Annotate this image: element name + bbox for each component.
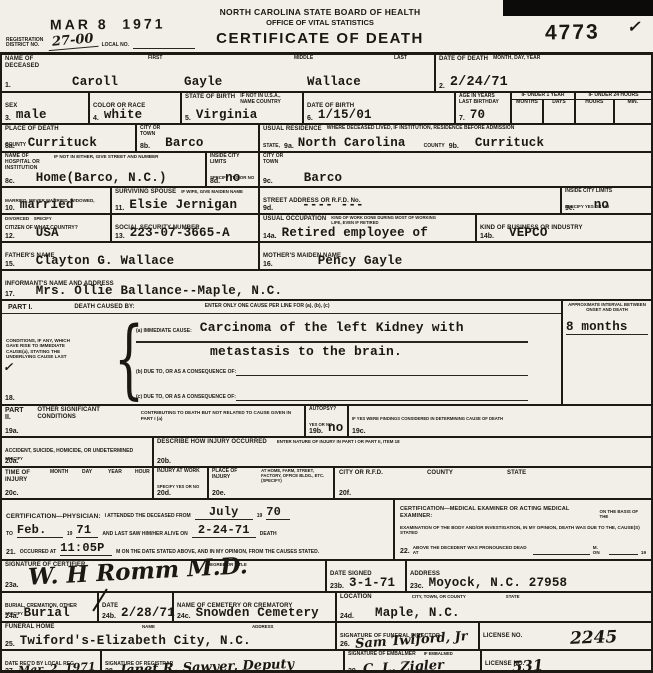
item-number: 23a. [5, 582, 19, 589]
item-number: 20b. [157, 458, 171, 465]
day-label: DAY [82, 470, 92, 476]
item-number: 17. [5, 291, 15, 298]
state-label: STATE [507, 470, 526, 477]
county-label: COUNTY [427, 470, 453, 477]
examiner-line-2: EXAMINATION OF THE BODY AND/OR INVESTIGA… [400, 525, 646, 536]
item-number: 9a. [284, 143, 294, 150]
due-to-b-label: (b) DUE TO, OR AS A CONSEQUENCE OF: [136, 370, 236, 376]
item-number: 2. [439, 83, 445, 90]
part1-label: PART I. [8, 304, 32, 311]
pronounced-text: ABOVE THE DECEDENT WAS PRONOUNCED DEAD A… [413, 545, 531, 556]
occurred-at-text: OCCURRED AT [20, 550, 56, 556]
field-place-of-death-county: PLACE OF DEATH COUNTY 8a.Currituck [2, 125, 137, 151]
to-text: TO [6, 532, 13, 538]
examiner-line-1: CERTIFICATION—MEDICAL EXAMINER OR ACTING… [400, 503, 646, 519]
printed-19: 19 [641, 550, 646, 555]
last-name-value: Wallace [307, 75, 361, 89]
ssn-value: 223-07-3665-A [130, 226, 230, 240]
row-marital: MARRIED, NEVER MARRIED, WIDOWED, DIVORCE… [2, 188, 651, 215]
field-embalmer-signature: SIGNATURE OF EMBALMER IF EMBALMED 29.C. … [345, 651, 482, 673]
occupation-value: Retired employee of [282, 226, 428, 240]
item-number: 27. [5, 668, 15, 673]
field-usual-occupation: USUAL OCCUPATION KIND OF WORK DONE DURIN… [260, 215, 477, 241]
row-burial: BURIAL, CREMATION, OTHER SPECIFY 24a.Bur… [2, 593, 651, 623]
field-color-or-race: COLOR OR RACE 4.white [90, 93, 182, 123]
blank-line [609, 549, 638, 555]
part2-section: PART II. OTHER SIGNIFICANT CONDITIONS CO… [2, 406, 306, 436]
item-number: 15. [5, 261, 15, 268]
last-saw-text: AND LAST SAW HIM/HER ALIVE ON [102, 532, 187, 538]
field-usual-residence: USUAL RESIDENCE WHERE DECEASED LIVED, IF… [260, 125, 651, 151]
hospital-label: NAME OF HOSPITAL OR INSTITUTION [5, 154, 49, 171]
certificate-number: 4773 [545, 21, 600, 46]
date-of-death-label: DATE OF DEATH [439, 56, 488, 63]
middle-name-label: MIDDLE [294, 56, 313, 62]
field-describe-injury: DESCRIBE HOW INJURY OCCURRED ENTER NATUR… [154, 438, 651, 466]
cause-line-a: (a) IMMEDIATE CAUSE: Carcinoma of the le… [136, 320, 464, 335]
field-citizen-country: CITIZEN OF WHAT COUNTRY? 12.USA [2, 215, 112, 241]
date-of-death-value: 2/24/71 [450, 75, 508, 90]
findings-label: IF YES WERE FINDINGS CONSIDERED IN DETER… [352, 416, 503, 421]
part1-body: CONDITIONS, IF ANY, WHICH GAVE RISE TO I… [2, 314, 561, 404]
location-label: LOCATION [340, 594, 372, 601]
field-accident-suicide-homicide: ACCIDENT, SUICIDE, HOMICIDE, OR UNDETERM… [2, 438, 154, 466]
due-to-c-label: (c) DUE TO, OR AS A CONSEQUENCE OF: [136, 395, 236, 401]
field-residence-city: CITY OR TOWN 9c.Barco [260, 153, 651, 186]
field-inside-city-limits-9e: INSIDE CITY LIMITS SPECIFY YES OR NO 9e.… [562, 188, 651, 213]
occupation-sublabel: KIND OF WORK DONE DURING MOST OF WORKING… [331, 216, 441, 226]
field-time-of-injury: TIME OF INJURY MONTH DAY YEAR HOUR 20c. [2, 468, 154, 498]
state-of-birth-sublabel: IF NOT IN U.S.A., NAME COUNTRY [240, 94, 292, 106]
conditions-label: CONDITIONS, IF ANY, WHICH GAVE RISE TO I… [6, 338, 72, 359]
state-of-birth-value: Virginia [196, 108, 258, 122]
cause-line-b: (b) DUE TO, OR AS A CONSEQUENCE OF: [136, 369, 528, 376]
field-certifier-address: ADDRESS 23c.Moyock, N.C. 27958 [407, 561, 651, 591]
row-informant: INFORMANT'S NAME AND ADDRESS 17.Mrs. Oll… [2, 271, 651, 301]
embalmer-sublabel: IF EMBALMED [424, 652, 453, 657]
field-cemetery: NAME OF CEMETERY OR CREMATORY 24c.Snowde… [174, 593, 337, 621]
row-part2: PART II. OTHER SIGNIFICANT CONDITIONS CO… [2, 406, 651, 438]
item-number: 26. [340, 641, 350, 648]
item-number: 22. [400, 548, 410, 555]
part1-interval-column: APPROXIMATE INTERVAL BETWEEN ONSET AND D… [563, 301, 651, 404]
cause-line-c: (c) DUE TO, OR AS A CONSEQUENCE OF: [136, 394, 528, 401]
field-marital-status: MARRIED, NEVER MARRIED, WIDOWED, DIVORCE… [2, 188, 112, 213]
form-header: NORTH CAROLINA STATE BOARD OF HEALTH OFF… [165, 7, 475, 47]
examiner-basis-text: ON THE BASIS OF THE [600, 509, 646, 519]
describe-injury-sublabel: ENTER NATURE OF INJURY IN PART I OR PART… [277, 439, 400, 444]
item-number: 24b. [102, 613, 116, 620]
field-certification-physician: CERTIFICATION—PHYSICIAN: I ATTENDED THE … [2, 500, 395, 559]
attended-from-month: July [195, 505, 253, 520]
item-number: 8b. [140, 143, 150, 150]
field-kind-of-business: KIND OF BUSINESS OR INDUSTRY 14b.VEPCO [477, 215, 651, 241]
item-number: 29. [348, 668, 358, 673]
date-received-value: Mar. 2, 1971 [17, 660, 95, 673]
item-number: 14b. [480, 233, 494, 240]
months-label: MONTHS [512, 100, 542, 123]
first-name-label: FIRST [148, 56, 162, 62]
physician-line-1: CERTIFICATION—PHYSICIAN: I ATTENDED THE … [6, 503, 389, 520]
location-sublabel: CITY, TOWN, OR COUNTY [412, 594, 466, 599]
item-number: 4. [93, 115, 99, 122]
item-number: 21. [6, 549, 16, 556]
informant-value: Mrs. Ollie Ballance--Maple, N.C. [36, 284, 282, 298]
field-date-of-death: DATE OF DEATH MONTH, DAY, YEAR 2. 2/24/7… [436, 55, 651, 91]
marital-value: married [20, 198, 74, 212]
other-conditions-label: OTHER SIGNIFICANT CONDITIONS [37, 407, 132, 421]
field-cemetery-location: LOCATION CITY, TOWN, OR COUNTY STATE 24d… [337, 593, 651, 621]
org-office: OFFICE OF VITAL STATISTICS [165, 18, 475, 27]
certifier-address-value: Moyock, N.C. 27958 [429, 576, 568, 590]
field-place-of-death-city: CITY OR TOWN 8b.Barco [137, 125, 260, 151]
fathers-name-value: Clayton G. Wallace [36, 254, 175, 268]
inside-city-limits-value: no [594, 198, 609, 212]
field-inside-city-limits-8d: INSIDE CITY LIMITS SPECIFY YES OR NO 8d.… [207, 153, 260, 186]
name-of-deceased-label: NAME OF DECEASED [5, 56, 47, 70]
middle-name-value: Gayle [184, 75, 223, 89]
item-number: 6. [307, 115, 313, 122]
place-city-value: Barco [165, 136, 204, 150]
year-label: YEAR [108, 470, 122, 476]
attended-to-month: Feb. [17, 523, 63, 538]
form-grid: NAME OF DECEASED FIRST MIDDLE LAST 1. Ca… [0, 52, 653, 673]
certification-physician-label: CERTIFICATION—PHYSICIAN: [6, 513, 101, 520]
embalmer-label: SIGNATURE OF EMBALMER [348, 652, 416, 658]
immediate-cause-value-line2: metastasis to the brain. [210, 344, 402, 359]
field-mothers-maiden-name: MOTHER'S MAIDEN NAME 16.Pency Gayle [260, 243, 651, 269]
page-title: CERTIFICATE OF DEATH [165, 30, 475, 47]
rule-line [236, 394, 528, 401]
cemetery-value: Snowden Cemetery [196, 606, 319, 620]
citizen-value: USA [36, 226, 59, 240]
last-name-label: LAST [394, 56, 407, 62]
days-label: DAYS [542, 100, 574, 123]
place-of-death-label: PLACE OF DEATH [5, 126, 132, 133]
m-on-text: M. ON [593, 545, 606, 556]
item-number: 11. [115, 205, 124, 212]
item-number: 8c. [5, 178, 15, 185]
state-label: STATE, [263, 144, 280, 150]
registration-district-value: 27-00 [47, 31, 98, 51]
row-time-of-injury: TIME OF INJURY MONTH DAY YEAR HOUR 20c. … [2, 468, 651, 500]
received-date-stamp: MAR 8 1971 [50, 15, 166, 32]
item-number: 23c. [410, 583, 424, 590]
scan-corner-black-bar [503, 0, 653, 16]
injury-at-work-sublabel: SPECIFY YES OR NO [157, 484, 199, 489]
row-hospital: NAME OF HOSPITAL OR INSTITUTION IF NOT I… [2, 153, 651, 188]
time-of-injury-label: TIME OF INJURY [5, 470, 35, 484]
field-certification-medical-examiner: CERTIFICATION—MEDICAL EXAMINER OR ACTING… [395, 500, 651, 559]
place-of-injury-label: PLACE OF INJURY [212, 469, 256, 481]
part2-label: PART II. [5, 407, 29, 421]
item-number: 20c. [5, 490, 19, 497]
embalmer-signature: C. L. Zigler [362, 658, 444, 673]
field-if-under-24-hours: IF UNDER 24 HOURS HOURS MIN. [576, 93, 651, 123]
place-county-value: Currituck [28, 136, 97, 150]
place-of-injury-sublabel: AT HOME, FARM, STREET, FACTORY, OFFICE B… [261, 469, 330, 483]
field-name-of-deceased: NAME OF DECEASED FIRST MIDDLE LAST 1. Ca… [2, 55, 436, 91]
local-no-blank [133, 41, 195, 49]
blank-line [533, 549, 589, 555]
item-number: 10. [5, 205, 15, 212]
item-number: 24a. [5, 613, 19, 620]
date-of-death-sublabel: MONTH, DAY, YEAR [493, 56, 540, 62]
row-registrar: DATE REC'D BY LOCAL REG. 27.Mar. 2, 1971… [2, 651, 651, 673]
item-number: 19a. [5, 428, 19, 435]
item-number: 13. [115, 233, 125, 240]
residence-county-value: Currituck [475, 136, 544, 150]
rule-line [236, 369, 528, 376]
field-injury-at-work: INJURY AT WORK SPECIFY YES OR NO 20d. [154, 468, 209, 498]
location-state-sublabel: STATE [506, 594, 520, 599]
item-number: 8a. [5, 143, 15, 150]
autopsy-value: no [328, 421, 343, 435]
death-time-value: 11:05P [60, 541, 112, 556]
funeral-director-signature: Sam Twiford, Jr [354, 629, 468, 652]
field-informant: INFORMANT'S NAME AND ADDRESS 17.Mrs. Oll… [2, 271, 651, 299]
date-of-birth-value: 1/15/01 [318, 108, 372, 122]
field-if-under-1-year: IF UNDER 1 YEAR MONTHS DAYS [512, 93, 576, 123]
row-accident: ACCIDENT, SUICIDE, HOMICIDE, OR UNDETERM… [2, 438, 651, 468]
surviving-spouse-value: Elsie Jernigan [129, 198, 237, 212]
field-hospital-or-institution: NAME OF HOSPITAL OR INSTITUTION IF NOT I… [2, 153, 207, 186]
row-part1: PART I. DEATH CAUSED BY: ENTER ONLY ONE … [2, 301, 651, 406]
hour-label: HOUR [135, 470, 150, 476]
row-name: NAME OF DECEASED FIRST MIDDLE LAST 1. Ca… [2, 55, 651, 93]
death-text: DEATH [260, 532, 277, 538]
license-no-label: LICENSE NO. [483, 633, 522, 639]
other-conditions-sublabel: CONTRIBUTING TO DEATH BUT NOT RELATED TO… [141, 410, 301, 421]
sex-value: male [16, 108, 47, 122]
item-number: 16. [263, 261, 273, 268]
street-address-value: ---- --- [302, 198, 364, 212]
certification-medical-examiner-label: CERTIFICATION—MEDICAL EXAMINER OR ACTING… [400, 506, 595, 519]
burial-type-value: Burial [24, 606, 70, 620]
immediate-cause-value: Carcinoma of the left Kidney with [200, 320, 464, 335]
race-value: white [104, 108, 143, 122]
item-number: 1. [5, 82, 11, 89]
surviving-spouse-label: SURVIVING SPOUSE [115, 189, 176, 196]
item-number: 20f. [339, 490, 351, 497]
injury-at-work-label: INJURY AT WORK [157, 469, 204, 475]
field-injury-location: CITY OR R.F.D. COUNTY STATE 20f. [335, 468, 651, 498]
item-number: 20d. [157, 490, 171, 497]
month-label: MONTH [50, 470, 68, 476]
row-vitals: SEX 3.male COLOR OR RACE 4.white STATE O… [2, 93, 651, 125]
funeral-home-address-sublabel: ADDRESS [252, 624, 273, 629]
item-number: 9b. [449, 143, 459, 150]
local-no-label: LOCAL NO. [102, 43, 129, 49]
field-date-signed: DATE SIGNED 23b.3-1-71 [327, 561, 407, 591]
rule-line [136, 341, 528, 343]
age-label: AGE IN YEARS LAST BIRTHDAY [459, 94, 507, 106]
item-number: 3. [5, 115, 11, 122]
item-number: 9e. [565, 205, 575, 212]
row-parents: FATHER'S NAME 15.Clayton G. Wallace MOTH… [2, 243, 651, 271]
item-number: 23b. [330, 583, 344, 590]
business-value: VEPCO [509, 226, 548, 240]
immediate-cause-label: (a) IMMEDIATE CAUSE: [136, 329, 192, 335]
inside-city-limits-value: no [225, 171, 240, 185]
item-number: 9d. [263, 205, 273, 212]
surviving-spouse-sublabel: IF WIFE, GIVE MAIDEN NAME [181, 189, 243, 194]
registrar-signature: Janet R. Sawyer, Deputy [120, 657, 295, 673]
interval-label: APPROXIMATE INTERVAL BETWEEN ONSET AND D… [566, 302, 648, 312]
field-registrar-signature: SIGNATURE OF REGISTRAR 28.Janet R. Sawye… [102, 651, 345, 673]
row-place-of-death: PLACE OF DEATH COUNTY 8a.Currituck CITY … [2, 125, 651, 153]
field-age: AGE IN YEARS LAST BIRTHDAY 7.70 [456, 93, 512, 123]
item-number: 20a. [5, 458, 19, 465]
part1-section: PART I. DEATH CAUSED BY: ENTER ONLY ONE … [2, 301, 563, 404]
funeral-home-name-sublabel: NAME [142, 624, 155, 629]
field-fathers-name: FATHER'S NAME 15.Clayton G. Wallace [2, 243, 260, 269]
printed-19: 19 [257, 514, 263, 520]
field-funeral-director-signature: SIGNATURE OF FUNERAL DIRECTOR 26.Sam Twi… [337, 623, 480, 649]
row-signature: SIGNATURE OF CERTIFIER DEGREE OR TITLE 2… [2, 561, 651, 593]
city-or-town-label: CITY OR TOWN [263, 154, 289, 166]
residence-state-value: North Carolina [298, 136, 406, 150]
field-burial-type: BURIAL, CREMATION, OTHER SPECIFY 24a.Bur… [2, 593, 99, 621]
inside-city-limits-label: INSIDE CITY LIMITS [210, 154, 255, 166]
field-burial-date: DATE 24b.2/28/71 [99, 593, 174, 621]
minutes-label: MIN. [613, 100, 652, 123]
attended-text: I ATTENDED THE DECEASED FROM [105, 514, 191, 520]
field-autopsy-findings: IF YES WERE FINDINGS CONSIDERED IN DETER… [349, 406, 651, 436]
part1-header: PART I. DEATH CAUSED BY: ENTER ONLY ONE … [2, 301, 561, 314]
item-number: 9c. [263, 178, 273, 185]
physician-line-3: 21. OCCURRED AT 11:05P M ON THE DATE STA… [6, 538, 389, 556]
embalmer-license-value: 531 [511, 656, 543, 673]
field-embalmer-license: LICENSE NO. 531 [482, 651, 651, 673]
occupation-label: USUAL OCCUPATION [263, 216, 326, 223]
accident-sublabel: SPECIFY [5, 457, 149, 462]
date-signed-value: 3-1-71 [349, 576, 395, 590]
funeral-home-label: FUNERAL HOME [5, 624, 54, 631]
field-date-received: DATE REC'D BY LOCAL REG. 27.Mar. 2, 1971 [2, 651, 102, 673]
field-state-of-birth: STATE OF BIRTH IF NOT IN U.S.A., NAME CO… [182, 93, 304, 123]
row-citizen: CITIZEN OF WHAT COUNTRY? 12.USA SOCIAL S… [2, 215, 651, 243]
row-certification: CERTIFICATION—PHYSICIAN: I ATTENDED THE … [2, 500, 651, 561]
accident-label: ACCIDENT, SUICIDE, HOMICIDE, OR UNDETERM… [5, 448, 133, 454]
hospital-sublabel: IF NOT IN EITHER, GIVE STREET AND NUMBER [54, 154, 204, 159]
item-number: 5. [185, 115, 191, 122]
state-of-birth-label: STATE OF BIRTH [185, 94, 235, 101]
item-number: 24c. [177, 613, 191, 620]
field-funeral-home: FUNERAL HOME NAME ADDRESS 25.Twiford's-E… [2, 623, 337, 649]
interval-value: 8 months [566, 320, 648, 335]
field-sex: SEX 3.male [2, 93, 90, 123]
field-signature-of-certifier: SIGNATURE OF CERTIFIER DEGREE OR TITLE 2… [2, 561, 327, 591]
mothers-maiden-name-value: Pency Gayle [318, 254, 403, 268]
row-funeral-home: FUNERAL HOME NAME ADDRESS 25.Twiford's-E… [2, 623, 651, 651]
registration-district-label: REGISTRATION DISTRICT NO. [6, 38, 44, 50]
autopsy-label: AUTOPSY? [309, 407, 344, 413]
examiner-line-3: 22. ABOVE THE DECEDENT WAS PRONOUNCED DE… [400, 545, 646, 556]
item-number: 25. [5, 641, 15, 648]
death-certificate-scan: MAR 8 1971 NORTH CAROLINA STATE BOARD OF… [0, 0, 653, 673]
attended-from-year: 70 [266, 505, 290, 520]
item-number: 20e. [212, 490, 226, 497]
checkmark-icon: ✓ [627, 17, 640, 36]
residence-city-value: Barco [304, 171, 343, 185]
hospital-value: Home(Barco, N.C.) [36, 171, 167, 185]
field-autopsy: AUTOPSY? YES OR NO 19b.no [306, 406, 349, 436]
funeral-license-value: 2245 [570, 627, 618, 649]
usual-residence-sublabel: WHERE DECEASED LIVED, IF INSTITUTION, RE… [327, 126, 515, 132]
item-number: 28. [105, 668, 115, 673]
usual-residence-label: USUAL RESIDENCE [263, 126, 322, 133]
registration-line: REGISTRATION DISTRICT NO. 27-00 LOCAL NO… [6, 33, 195, 49]
inside-city-limits-label: INSIDE CITY LIMITS [565, 189, 648, 195]
field-place-of-injury: PLACE OF INJURY AT HOME, FARM, STREET, F… [209, 468, 335, 498]
field-street-address: STREET ADDRESS OR R.F.D. No. 9d.---- --- [260, 188, 562, 213]
item-number: 8d. [210, 178, 220, 185]
item-number: 18. [5, 395, 15, 402]
item-number: 19b. [309, 428, 323, 435]
item-number: 19c. [352, 428, 366, 435]
attended-to-year: 71 [76, 523, 98, 538]
org-name: NORTH CAROLINA STATE BOARD OF HEALTH [165, 7, 475, 17]
hours-label: HOURS [576, 100, 613, 123]
part1-instruction: ENTER ONLY ONE CAUSE PER LINE FOR (a), (… [205, 304, 330, 310]
describe-injury-label: DESCRIBE HOW INJURY OCCURRED [157, 439, 267, 446]
burial-date-value: 2/28/71 [121, 606, 175, 620]
field-funeral-license: LICENSE NO. 2245 [480, 623, 651, 649]
item-number: 12. [5, 233, 15, 240]
county-label: COUNTY [424, 144, 445, 150]
age-value: 70 [470, 108, 485, 122]
item-number: 7. [459, 115, 465, 122]
last-seen-date: 2-24-71 [192, 523, 256, 538]
field-social-security-number: SOCIAL SECURITY NUMBER 13.223-07-3665-A [112, 215, 260, 241]
field-date-of-birth: DATE OF BIRTH 6.1/15/01 [304, 93, 456, 123]
city-or-rfd-label: CITY OR R.F.D. [339, 470, 383, 477]
cemetery-location-value: Maple, N.C. [375, 606, 460, 620]
item-number: 14a. [263, 233, 277, 240]
printed-19: 19 [67, 532, 73, 538]
first-name-value: Caroll [72, 75, 118, 89]
physician-line-2: TO Feb. 19 71 AND LAST SAW HIM/HER ALIVE… [6, 520, 389, 538]
funeral-home-value: Twiford's-Elizabeth City, N.C. [20, 634, 251, 648]
item-number: 24d. [340, 613, 354, 620]
field-surviving-spouse: SURVIVING SPOUSE IF WIFE, GIVE MAIDEN NA… [112, 188, 260, 213]
